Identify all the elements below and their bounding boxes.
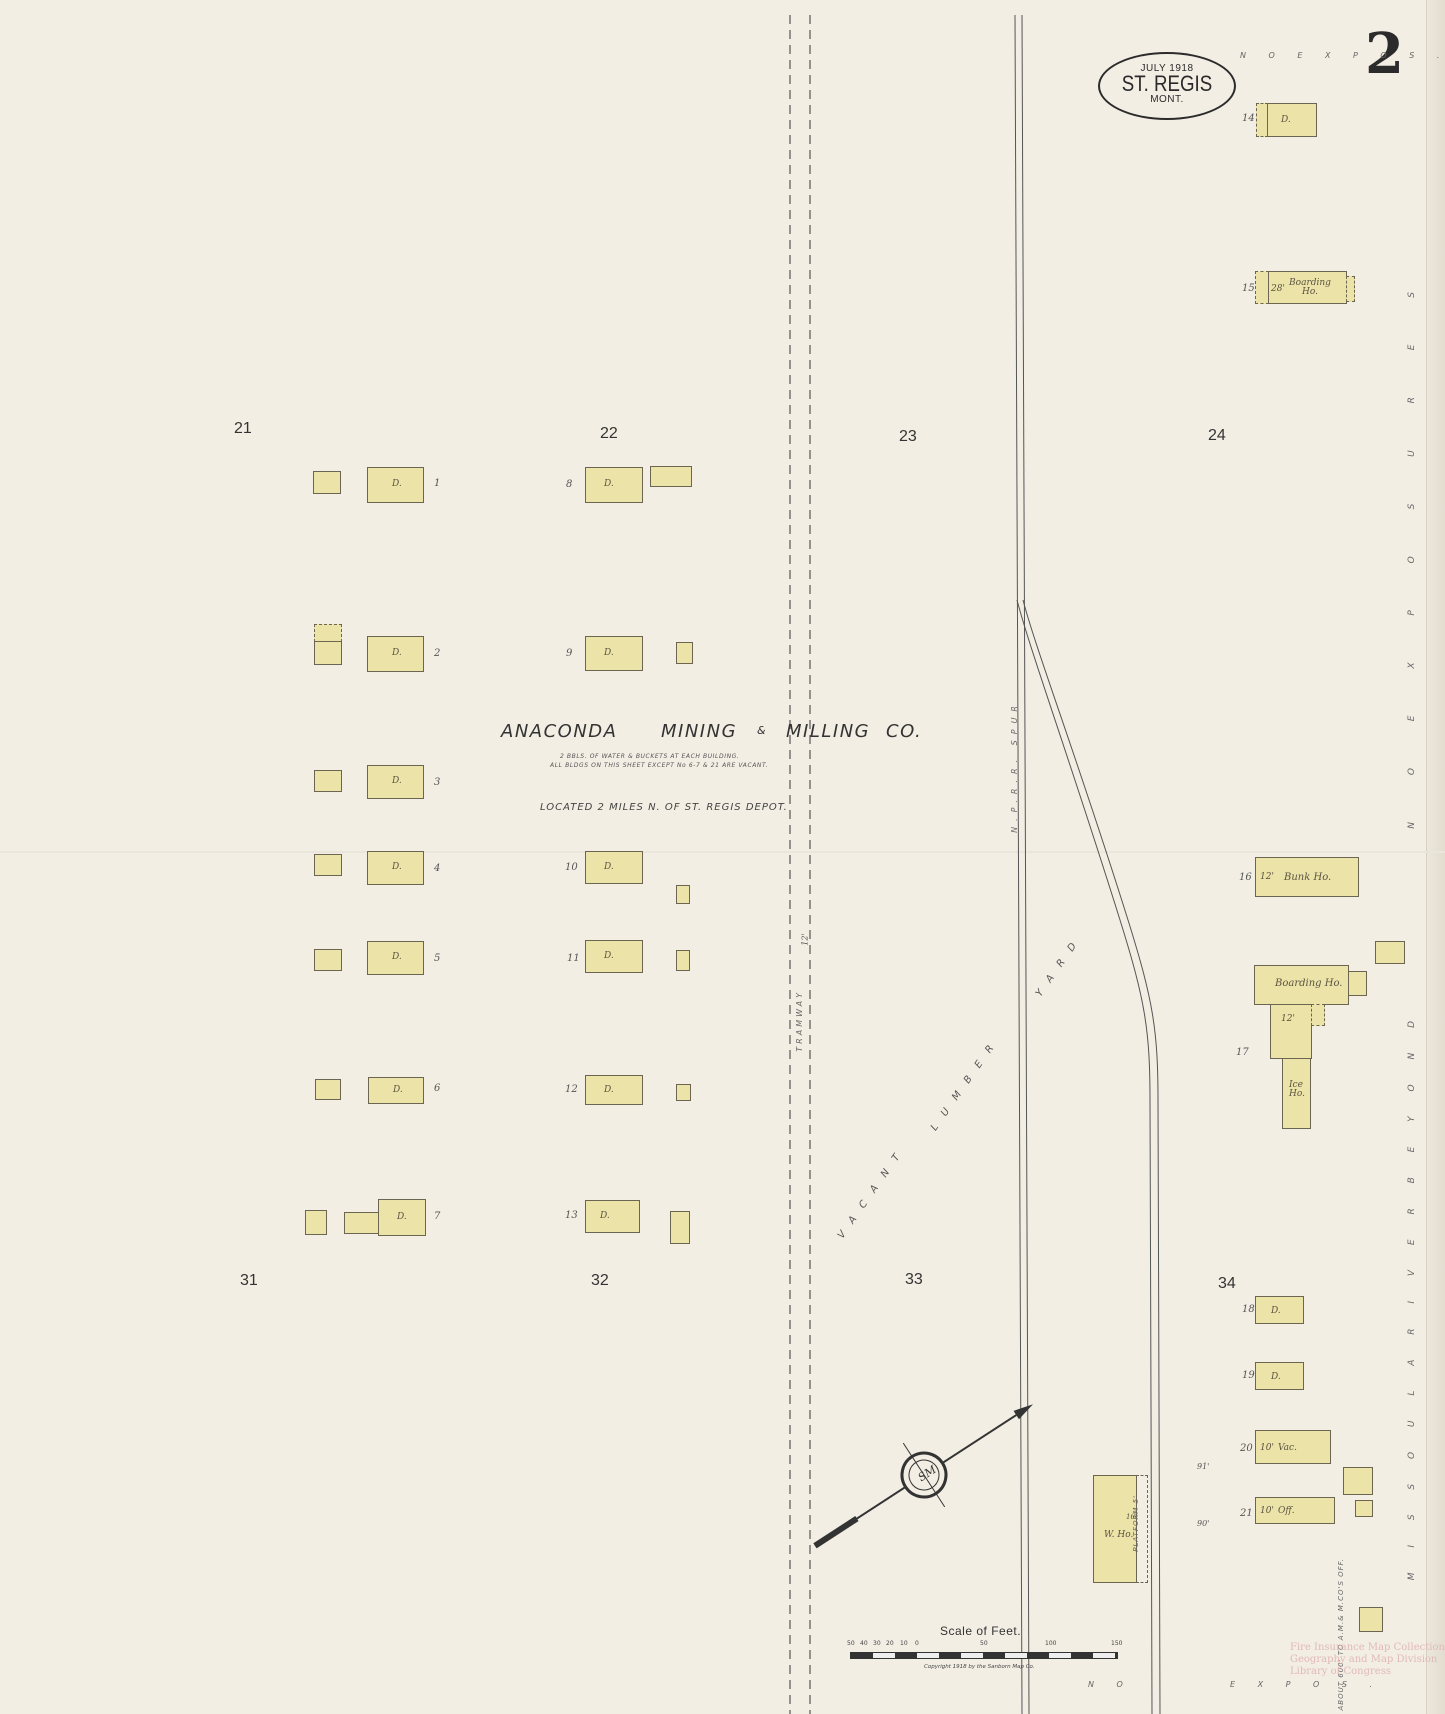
building-number: 7 [434,1211,440,1222]
outbuilding [314,770,342,792]
building-6: D. [368,1077,424,1104]
rr-spur-label: N.P.R.R. SPUR [1010,700,1019,833]
copyright: Copyright 1918 by the Sanborn Map Co. [924,1664,1035,1670]
scale-tick: 50 [980,1640,988,1647]
block-number: 22 [600,425,618,443]
location-note: LOCATED 2 MILES N. OF ST. REGIS DEPOT. [540,802,788,813]
note-line-1: 2 BBLS. OF WATER & BUCKETS AT EACH BUILD… [560,753,739,760]
block-number: 21 [234,420,252,438]
building-2: D. [367,636,424,672]
platform-label: PLATFORM 5' [1132,1495,1140,1552]
building-17-porch [1311,1004,1325,1026]
building-17: Boarding Ho. [1254,965,1349,1005]
company-name-5: CO. [886,721,922,742]
building-number: 19 [1242,1370,1255,1381]
block-number: 24 [1208,427,1226,445]
building-8: D. [585,467,643,503]
block-number: 34 [1218,1275,1236,1293]
building-number: 17 [1236,1047,1249,1058]
building-number: 4 [434,863,440,874]
building-17-ell: 12' [1270,1004,1312,1059]
building-16: Bunk Ho.12' [1255,857,1359,897]
outbuilding [1359,1607,1383,1632]
outbuilding [313,471,341,494]
outbuilding [315,1079,341,1100]
linework: SM [0,0,1445,1714]
warehouse: W. Ho.16' [1093,1475,1137,1583]
loc-stamp: Fire Insurance Map Collection Geography … [1290,1642,1445,1678]
block-number: 23 [899,428,917,446]
building-14: D. [1267,103,1317,137]
building-7: D. [378,1199,426,1236]
building-21: Off.10' [1255,1497,1335,1524]
company-name-3: & [757,724,767,737]
block-number: 32 [591,1272,609,1290]
building-5: D. [367,941,424,975]
building-number: 1 [434,478,440,489]
building-number: 2 [434,648,440,659]
map-sheet: SM JULY 1918 ST. REGIS MONT. 2 21 22 23 … [0,0,1445,1714]
building-number: 5 [434,953,440,964]
building-13: D. [585,1200,640,1233]
building-number: 9 [566,648,572,659]
building-10: D. [585,851,643,884]
town-name: ST. REGIS [1110,74,1224,94]
building-number: 21 [1240,1508,1253,1519]
outbuilding [650,466,692,487]
building-number: 14 [1242,113,1255,124]
building-number: 13 [565,1210,578,1221]
outbuilding [1355,1500,1373,1517]
distance-91: 91' [1197,1462,1209,1471]
company-name-2: MINING [661,721,737,742]
scale-tick: 40 [860,1640,868,1647]
building-number: 8 [566,479,572,490]
building-number: 11 [567,953,580,964]
no-expos-top: N O E X P O S . [1240,51,1445,60]
building-11: D. [585,940,643,973]
building-number: 6 [434,1083,440,1094]
outbuilding [314,854,342,876]
outbuilding [305,1210,327,1235]
scale-bar [850,1652,1118,1659]
building-number: 20 [1240,1443,1253,1454]
river-label: M I S S O U L A R I V E R B E Y O N D [1407,1010,1417,1580]
building-15-porch [1255,271,1269,304]
building-9: D. [585,636,643,671]
block-number: 33 [905,1271,923,1289]
company-name-1: ANACONDA [501,721,617,742]
no-label-bottom: N O [1088,1680,1133,1689]
distance-90: 90' [1197,1519,1209,1528]
block-number: 31 [240,1272,258,1290]
outbuilding [676,885,690,904]
scale-title: Scale of Feet. [940,1624,1021,1638]
building-4: D. [367,851,424,885]
building-15: Boarding Ho.28' [1268,271,1347,304]
scale-tick: 100 [1045,1640,1056,1647]
note-line-2: ALL BLDGS ON THIS SHEET EXCEPT No 6-7 & … [550,762,768,769]
building-number: 16 [1239,872,1252,883]
no-exposures-label: N O E X P O S U R E S [1407,270,1417,829]
building-17-wing [1348,971,1367,996]
tramway-width: 12' [801,933,810,945]
building-number: 15 [1242,283,1255,294]
expos-label-bottom: E X P O S . [1230,1680,1382,1689]
building-18: D. [1255,1296,1304,1324]
outbuilding [314,624,342,642]
outbuilding [676,642,693,664]
outbuilding [676,950,690,971]
ice-house: Ice Ho. [1282,1058,1311,1129]
building-12: D. [585,1075,643,1105]
building-3: D. [367,765,424,799]
building-number: 3 [434,777,440,788]
scale-tick: 10 [900,1640,908,1647]
outbuilding [676,1084,691,1101]
outbuilding [314,949,342,971]
company-name-4: MILLING [786,721,870,742]
scale-tick: 30 [873,1640,881,1647]
building-20: Vac.10' [1255,1430,1331,1464]
building-7-wing [344,1212,379,1234]
title-cartouche: JULY 1918 ST. REGIS MONT. [1098,52,1236,120]
outbuilding [670,1211,690,1244]
scale-tick: 20 [886,1640,894,1647]
outbuilding [1343,1467,1373,1495]
outbuilding [1375,941,1405,964]
scale-tick: 150 [1111,1640,1122,1647]
building-19: D. [1255,1362,1304,1390]
building-number: 10 [565,862,578,873]
building-1: D. [367,467,424,503]
outbuilding [314,641,342,665]
scale-tick: 0 [915,1640,919,1647]
building-number: 12 [565,1084,578,1095]
building-number: 18 [1242,1304,1255,1315]
building-15-rear [1346,276,1355,302]
scale-tick: 50 [847,1640,855,1647]
tramway-label: TRAMWAY [795,990,804,1052]
